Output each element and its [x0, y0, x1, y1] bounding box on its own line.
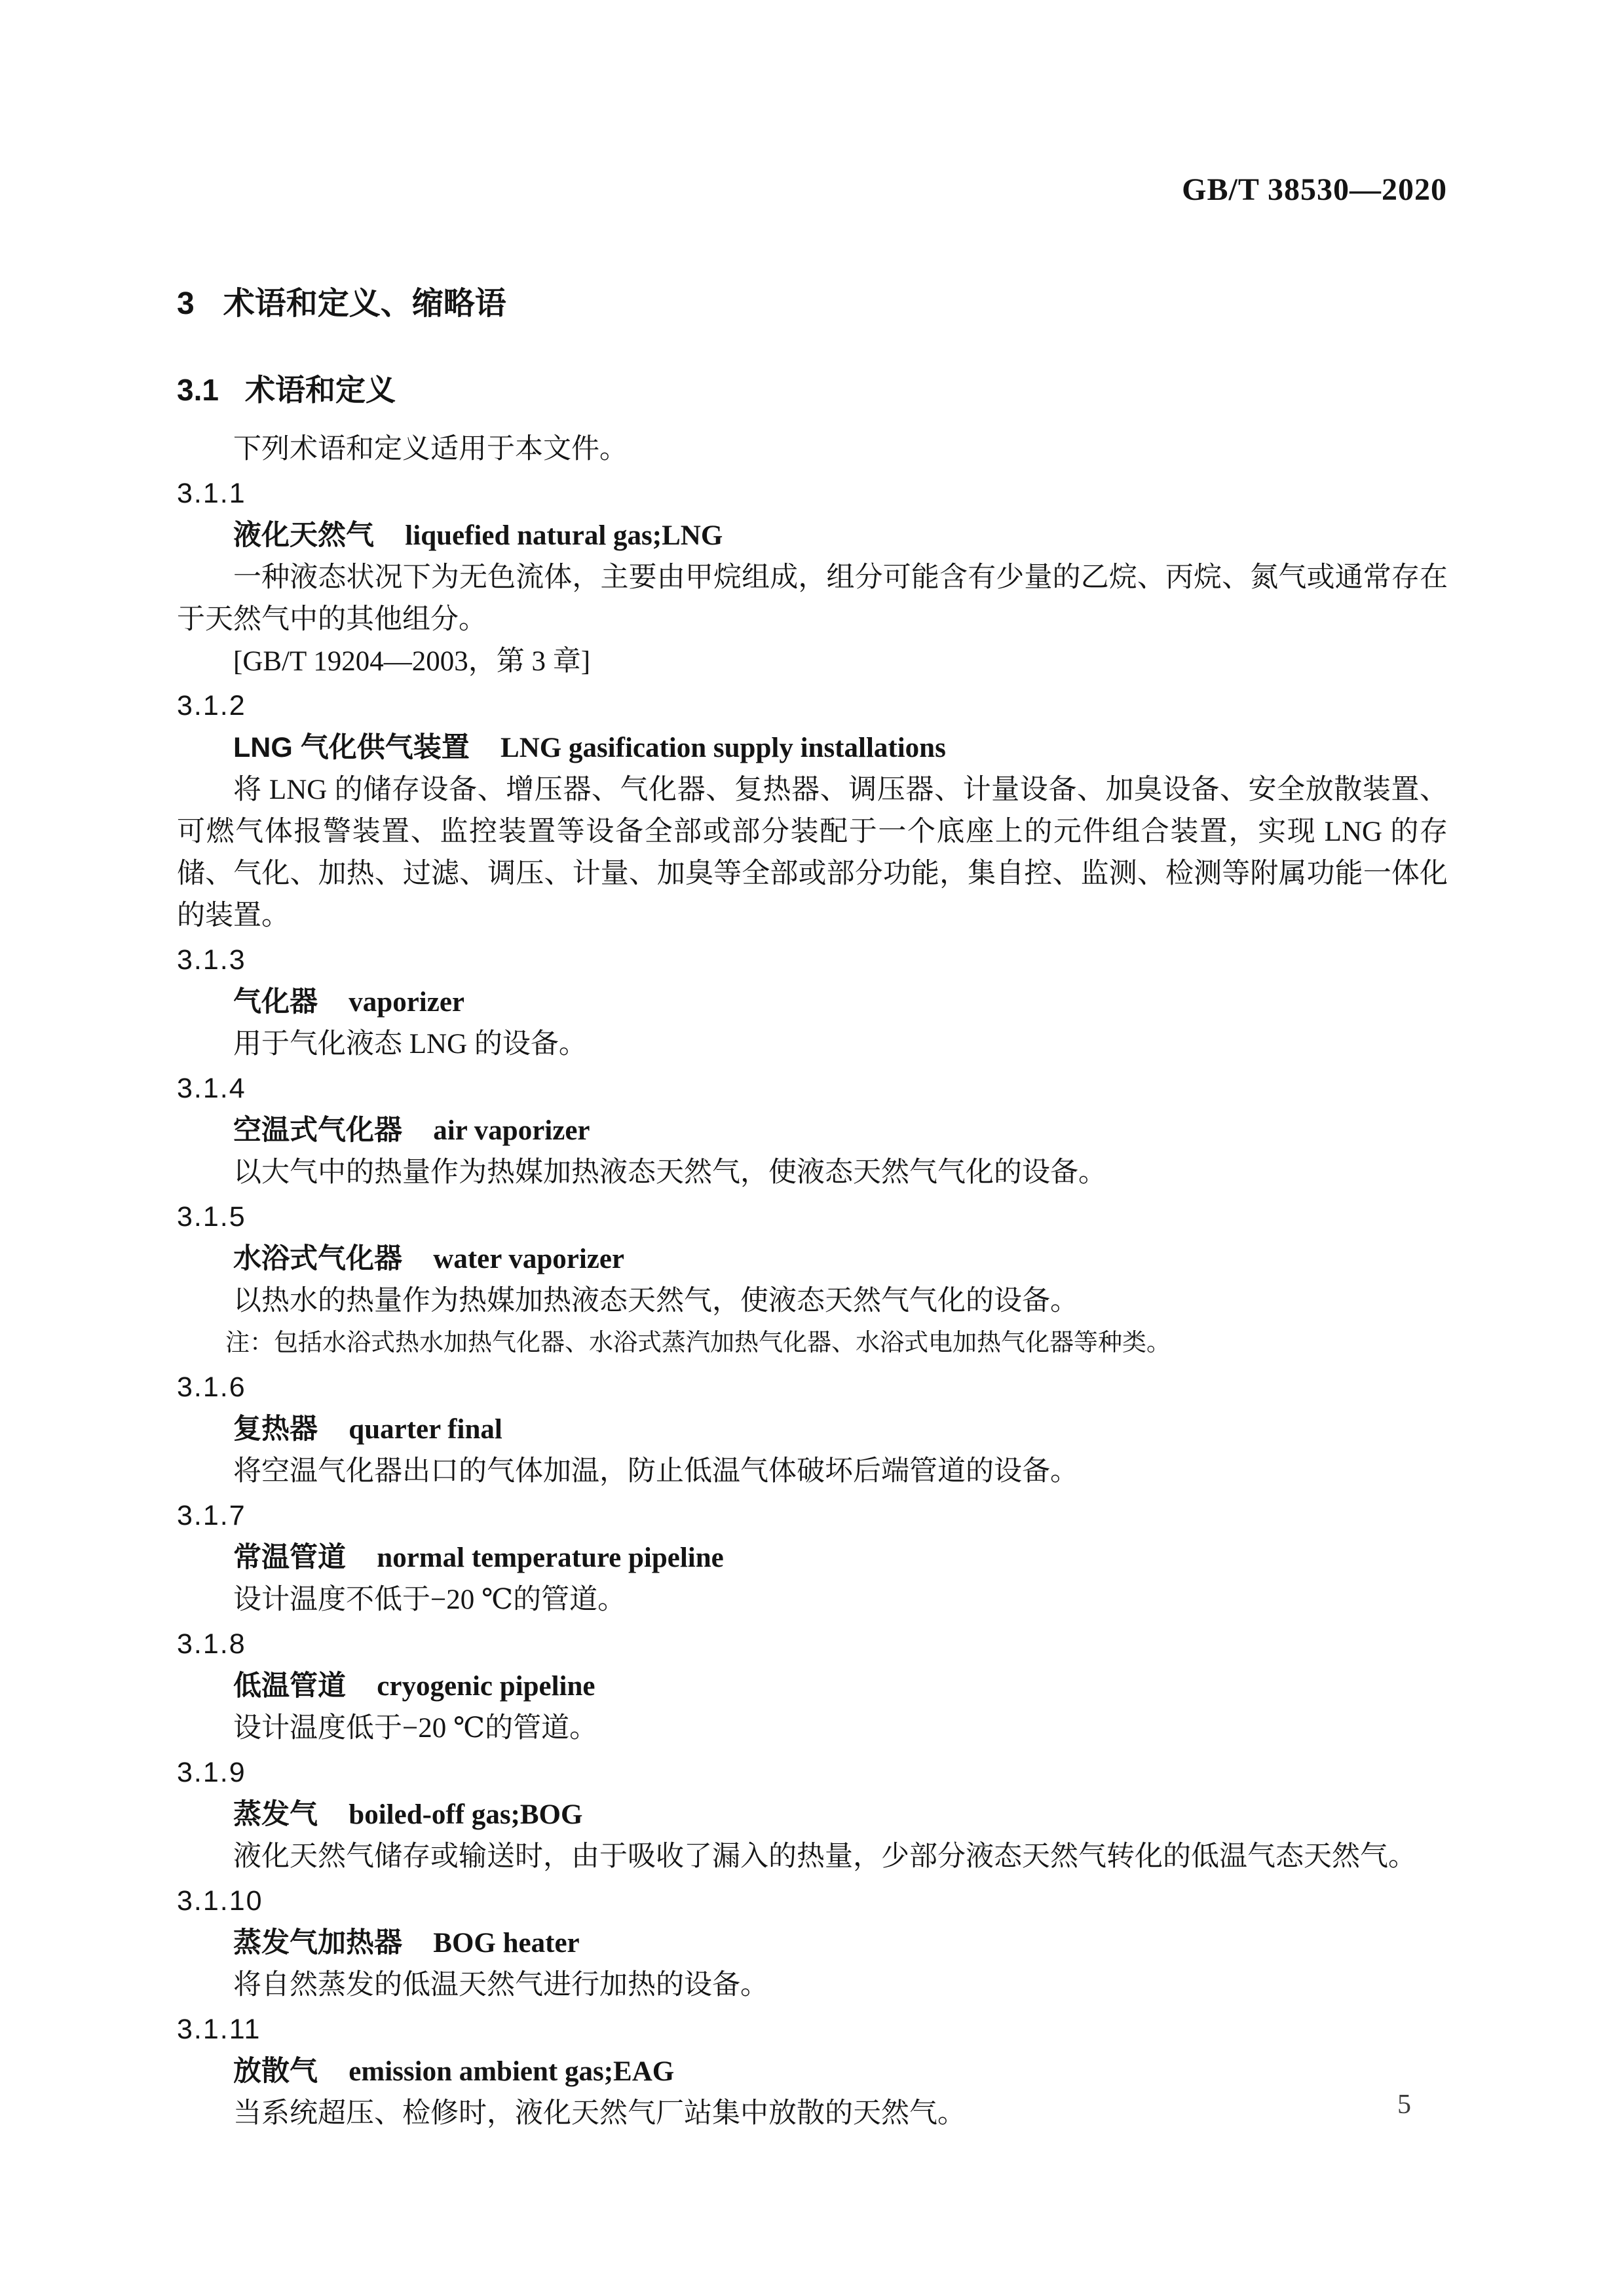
- term-definition: 将空温气化器出口的气体加温，防止低温气体破坏后端管道的设备。: [177, 1451, 1448, 1493]
- subsection-number: 3.1: [177, 373, 219, 407]
- page-number: 5: [1397, 2084, 1411, 2126]
- term-definition: 液化天然气储存或输送时，由于吸收了漏入的热量，少部分液态天然气转化的低温气态天然…: [177, 1836, 1448, 1878]
- term-id: 3.1.2: [177, 685, 1448, 727]
- term-zh: 气化器: [233, 986, 318, 1018]
- term-definition: 以热水的热量作为热媒加热液态天然气，使液态天然气气化的设备。: [177, 1280, 1448, 1322]
- term-zh: 复热器: [233, 1413, 318, 1445]
- term-en: liquefied natural gas;LNG: [405, 520, 723, 551]
- term-zh: 蒸发气: [233, 1799, 318, 1830]
- term-zh: LNG 气化供气装置: [233, 732, 470, 763]
- document-page: GB/T 38530—2020 3术语和定义、缩略语 3.1术语和定义 下列术语…: [0, 0, 1624, 2296]
- term-entry-3-1-10: 3.1.10 蒸发气加热器BOG heater 将自然蒸发的低温天然气进行加热的…: [177, 1880, 1448, 2006]
- term-en: quarter final: [349, 1414, 502, 1445]
- term-entry-3-1-6: 3.1.6 复热器quarter final 将空温气化器出口的气体加温，防止低…: [177, 1366, 1448, 1493]
- term-id: 3.1.5: [177, 1196, 1448, 1238]
- term-definition: 用于气化液态 LNG 的设备。: [177, 1024, 1448, 1065]
- term-en: BOG heater: [433, 1928, 579, 1959]
- term-en: air vaporizer: [433, 1115, 590, 1146]
- term-title: 蒸发气boiled-off gas;BOG: [177, 1793, 1448, 1836]
- term-definition: 当系统超压、检修时，液化天然气厂站集中放散的天然气。: [177, 2093, 1448, 2135]
- term-id: 3.1.9: [177, 1751, 1448, 1793]
- subsection-title: 术语和定义: [245, 373, 396, 407]
- term-title: 常温管道normal temperature pipeline: [177, 1537, 1448, 1579]
- term-definition: 设计温度不低于−20 ℃的管道。: [177, 1579, 1448, 1621]
- term-en: boiled-off gas;BOG: [349, 1799, 582, 1830]
- term-entry-3-1-5: 3.1.5 水浴式气化器water vaporizer 以热水的热量作为热媒加热…: [177, 1196, 1448, 1364]
- term-title: 液化天然气liquefied natural gas;LNG: [177, 514, 1448, 557]
- term-definition: 将 LNG 的储存设备、增压器、气化器、复热器、调压器、计量设备、加臭设备、安全…: [177, 769, 1448, 937]
- term-zh: 常温管道: [233, 1542, 346, 1573]
- section-number: 3: [177, 286, 195, 321]
- term-en: normal temperature pipeline: [377, 1542, 723, 1573]
- term-entry-3-1-1: 3.1.1 液化天然气liquefied natural gas;LNG 一种液…: [177, 472, 1448, 683]
- term-entry-3-1-4: 3.1.4 空温式气化器air vaporizer 以大气中的热量作为热媒加热液…: [177, 1067, 1448, 1194]
- term-definition: 设计温度低于−20 ℃的管道。: [177, 1708, 1448, 1750]
- term-entry-3-1-7: 3.1.7 常温管道normal temperature pipeline 设计…: [177, 1495, 1448, 1621]
- term-zh: 低温管道: [233, 1670, 346, 1702]
- term-source: [GB/T 19204—2003，第 3 章]: [177, 641, 1448, 683]
- term-definition: 一种液态状况下为无色流体，主要由甲烷组成，组分可能含有少量的乙烷、丙烷、氮气或通…: [177, 557, 1448, 641]
- term-id: 3.1.3: [177, 939, 1448, 981]
- intro-paragraph: 下列术语和定义适用于本文件。: [177, 429, 1448, 470]
- term-title: 复热器quarter final: [177, 1408, 1448, 1451]
- term-title: 蒸发气加热器BOG heater: [177, 1922, 1448, 1964]
- term-title: 放散气emission ambient gas;EAG: [177, 2050, 1448, 2093]
- term-zh: 放散气: [233, 2056, 318, 2087]
- term-zh: 液化天然气: [233, 520, 374, 551]
- term-title: 水浴式气化器water vaporizer: [177, 1238, 1448, 1280]
- term-id: 3.1.11: [177, 2008, 1448, 2050]
- term-definition: 将自然蒸发的低温天然气进行加热的设备。: [177, 1964, 1448, 2006]
- section-title: 术语和定义、缩略语: [223, 286, 506, 321]
- term-title: LNG 气化供气装置LNG gasification supply instal…: [177, 727, 1448, 769]
- term-definition: 以大气中的热量作为热媒加热液态天然气，使液态天然气气化的设备。: [177, 1152, 1448, 1194]
- term-zh: 蒸发气加热器: [233, 1927, 402, 1959]
- term-entry-3-1-9: 3.1.9 蒸发气boiled-off gas;BOG 液化天然气储存或输送时，…: [177, 1751, 1448, 1878]
- term-entry-3-1-11: 3.1.11 放散气emission ambient gas;EAG 当系统超压…: [177, 2008, 1448, 2135]
- term-zh: 水浴式气化器: [233, 1243, 402, 1274]
- term-title: 空温式气化器air vaporizer: [177, 1109, 1448, 1152]
- standard-code-header: GB/T 38530—2020: [1182, 169, 1447, 211]
- page-content: 3术语和定义、缩略语 3.1术语和定义 下列术语和定义适用于本文件。 3.1.1…: [177, 280, 1448, 2135]
- term-en: emission ambient gas;EAG: [349, 2056, 674, 2087]
- term-id: 3.1.10: [177, 1880, 1448, 1922]
- section-heading: 3术语和定义、缩略语: [177, 280, 1448, 328]
- subsection-heading: 3.1术语和定义: [177, 367, 1448, 413]
- term-id: 3.1.8: [177, 1623, 1448, 1665]
- term-id: 3.1.6: [177, 1366, 1448, 1408]
- term-en: LNG gasification supply installations: [500, 733, 946, 763]
- term-entry-3-1-2: 3.1.2 LNG 气化供气装置LNG gasification supply …: [177, 685, 1448, 937]
- term-title: 低温管道cryogenic pipeline: [177, 1665, 1448, 1708]
- term-id: 3.1.1: [177, 472, 1448, 514]
- term-id: 3.1.4: [177, 1067, 1448, 1109]
- term-zh: 空温式气化器: [233, 1115, 402, 1146]
- term-entry-3-1-3: 3.1.3 气化器vaporizer 用于气化液态 LNG 的设备。: [177, 939, 1448, 1065]
- term-en: water vaporizer: [433, 1244, 624, 1274]
- term-en: cryogenic pipeline: [377, 1671, 595, 1702]
- term-id: 3.1.7: [177, 1495, 1448, 1537]
- term-note: 注：包括水浴式热水加热气化器、水浴式蒸汽加热气化器、水浴式电加热气化器等种类。: [177, 1322, 1448, 1364]
- term-en: vaporizer: [349, 987, 464, 1018]
- term-entry-3-1-8: 3.1.8 低温管道cryogenic pipeline 设计温度低于−20 ℃…: [177, 1623, 1448, 1750]
- term-title: 气化器vaporizer: [177, 981, 1448, 1024]
